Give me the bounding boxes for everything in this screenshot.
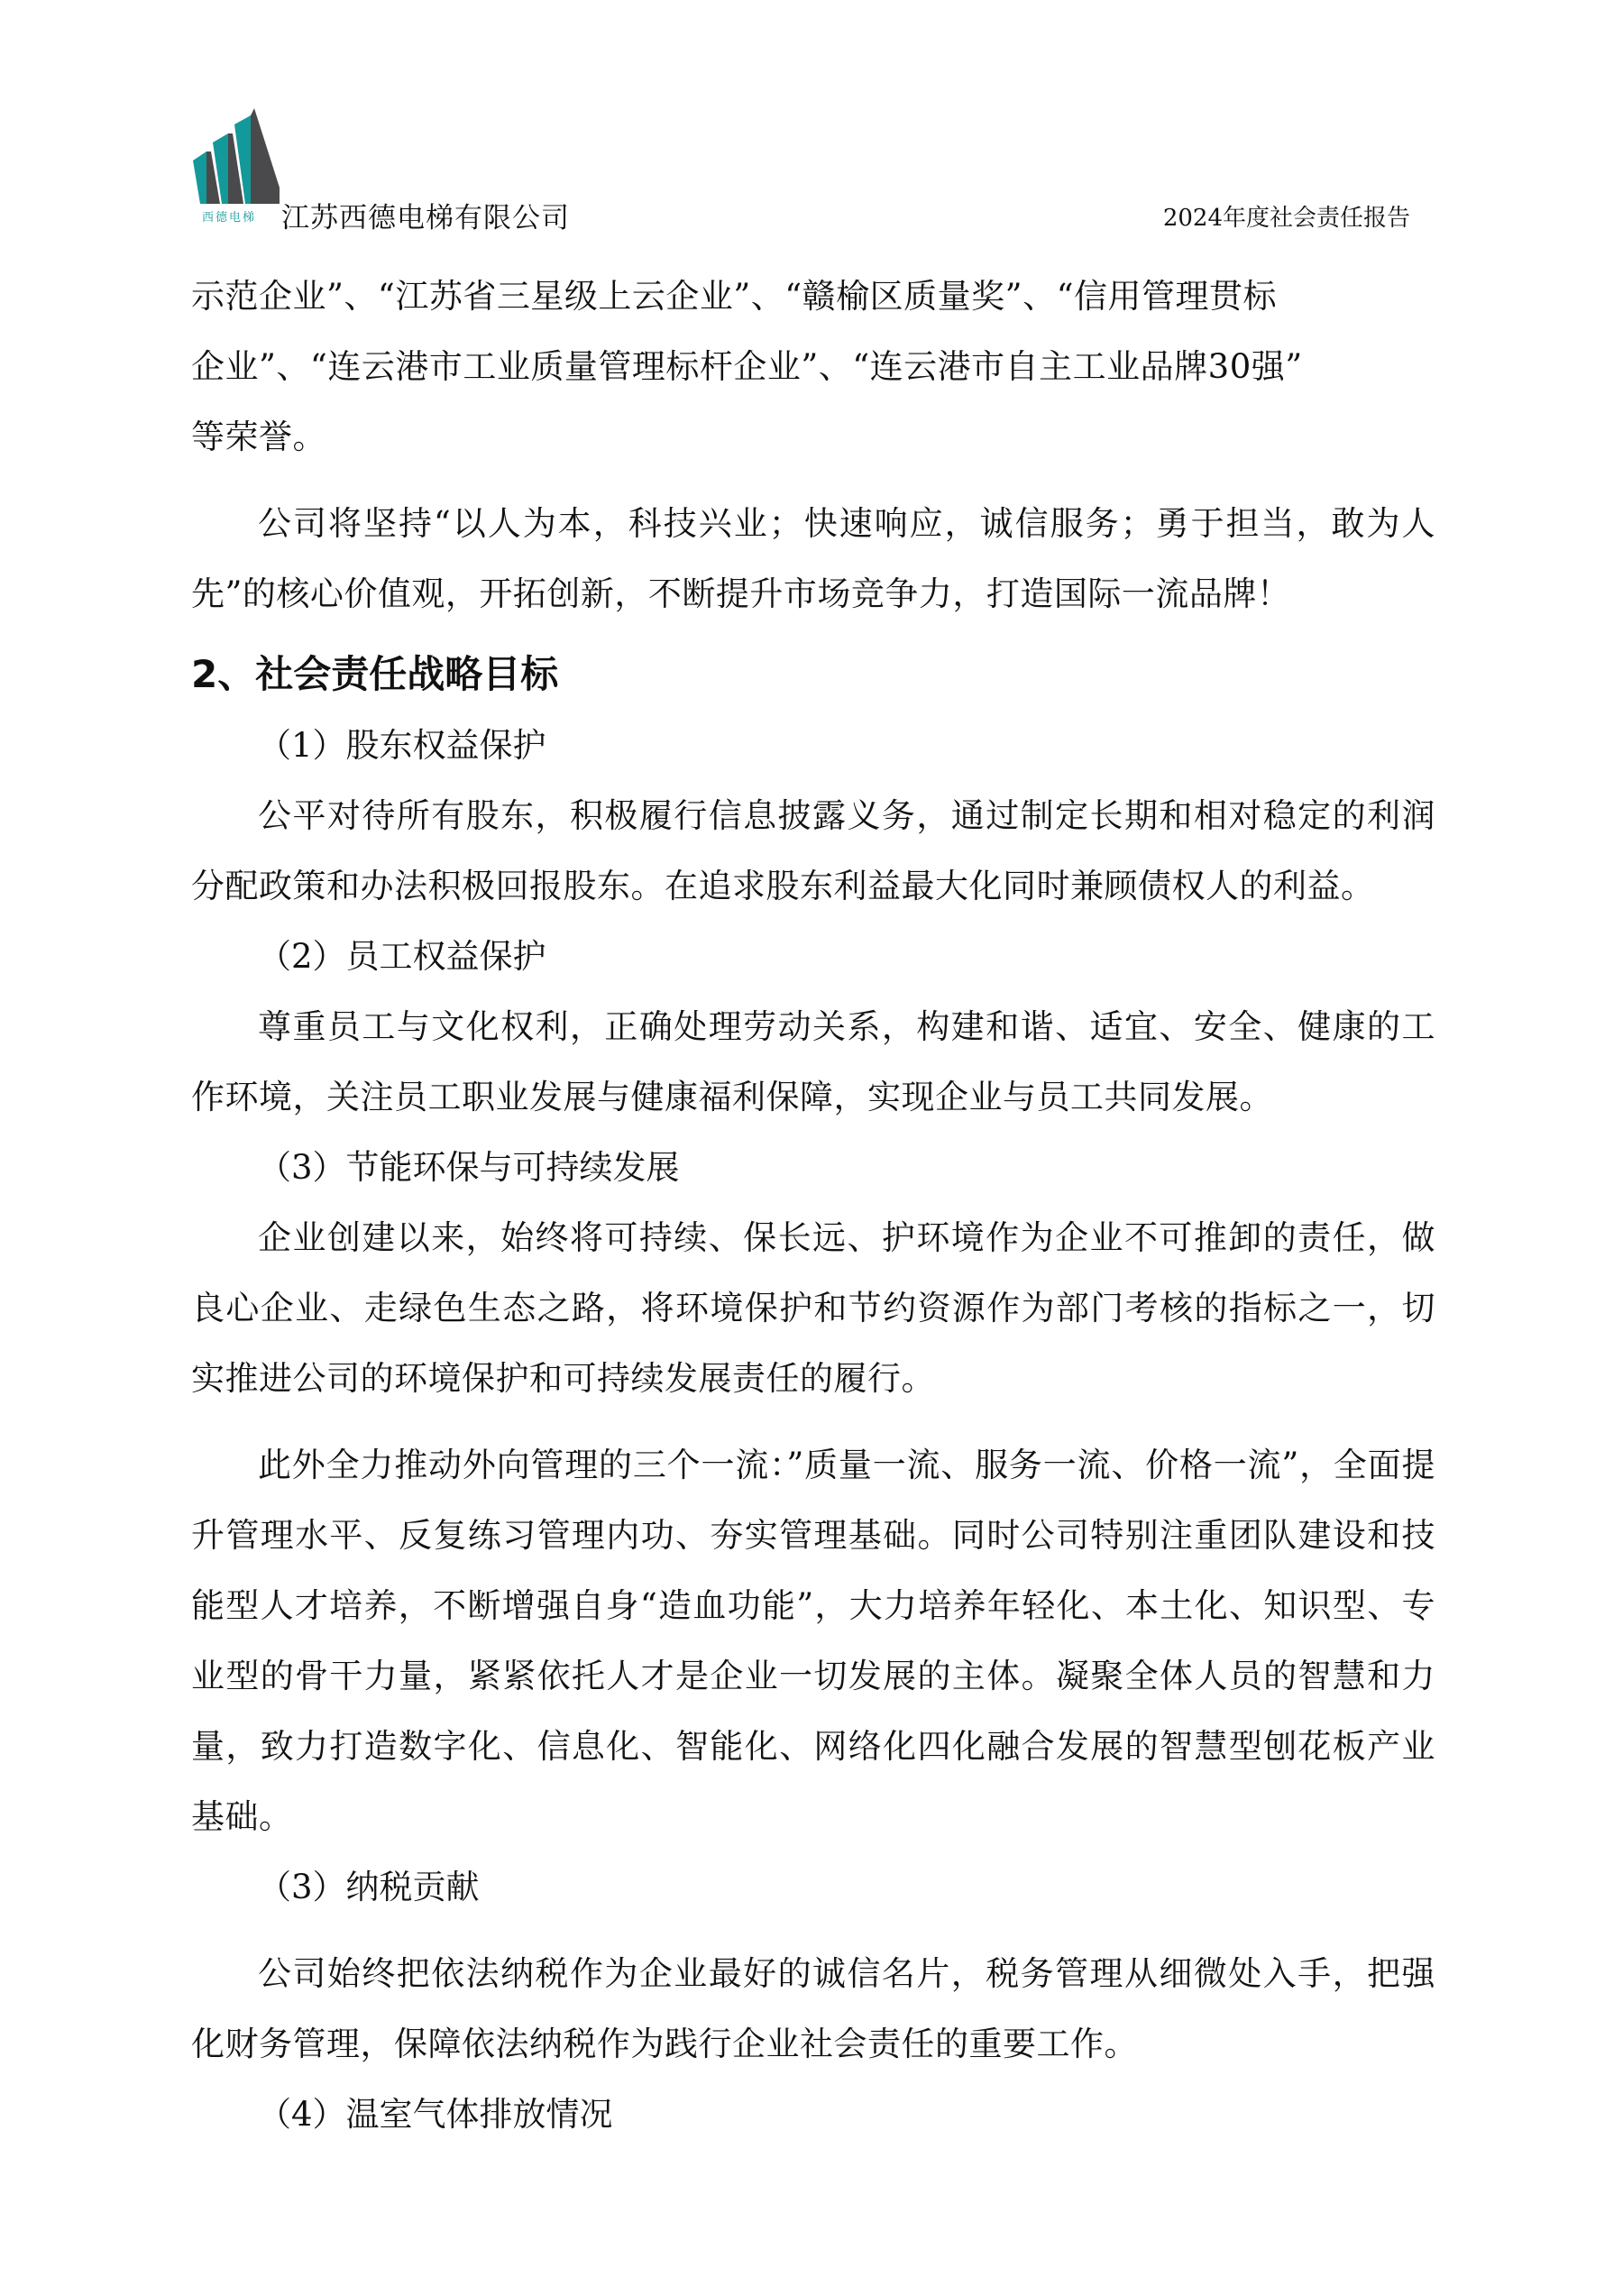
- subsection-title-ghg: （4）温室气体排放情况: [191, 2080, 1435, 2150]
- page-header: 西德电梯 江苏西德电梯有限公司 2024年度社会责任报告: [191, 106, 1435, 233]
- document-body: 示范企业”、“江苏省三星级上云企业”、“赣榆区质量奖”、“信用管理贯标 企业”、…: [191, 262, 1435, 2150]
- subsection-text-environment: 企业创建以来，始终将可持续、保长远、护环境作为企业不可推卸的责任，做良心企业、走…: [191, 1203, 1435, 1414]
- subsection-title-employees: （2）员工权益保护: [191, 922, 1435, 992]
- honors-line-2: 企业”、“连云港市工业质量管理标杆企业”、“连云港市自主工业品牌30强”: [191, 347, 1303, 386]
- company-name: 江苏西德电梯有限公司: [281, 195, 570, 235]
- company-logo: 西德电梯: [191, 106, 281, 228]
- honors-line-3: 等荣誉。: [191, 418, 326, 456]
- subsection-text-shareholders: 公平对待所有股东，积极履行信息披露义务，通过制定长期和相对稳定的利润分配政策和办…: [191, 781, 1435, 922]
- logo-caption: 西德电梯: [202, 207, 256, 225]
- subsection-title-shareholders: （1）股东权益保护: [191, 711, 1435, 781]
- elevator-stripes-logo-icon: [191, 106, 281, 206]
- report-title: 2024年度社会责任报告: [1163, 199, 1410, 233]
- honors-paragraph: 示范企业”、“江苏省三星级上云企业”、“赣榆区质量奖”、“信用管理贯标 企业”、…: [191, 262, 1435, 473]
- management-paragraph: 此外全力推动外向管理的三个一流：”质量一流、服务一流、价格一流”，全面提升管理水…: [191, 1430, 1435, 1852]
- subsection-text-tax: 公司始终把依法纳税作为企业最好的诚信名片，税务管理从细微处入手，把强化财务管理，…: [191, 1939, 1435, 2080]
- honors-line-1: 示范企业”、“江苏省三星级上云企业”、“赣榆区质量奖”、“信用管理贯标: [191, 277, 1277, 316]
- subsection-title-tax: （3）纳税贡献: [191, 1852, 1435, 1923]
- subsection-title-environment: （3）节能环保与可持续发展: [191, 1133, 1435, 1203]
- section-heading: 2、社会责任战略目标: [191, 638, 1435, 711]
- subsection-text-employees: 尊重员工与文化权利，正确处理劳动关系，构建和谐、适宜、安全、健康的工作环境，关注…: [191, 992, 1435, 1133]
- core-values-paragraph: 公司将坚持“以人为本，科技兴业；快速响应，诚信服务；勇于担当，敢为人先”的核心价…: [191, 489, 1435, 629]
